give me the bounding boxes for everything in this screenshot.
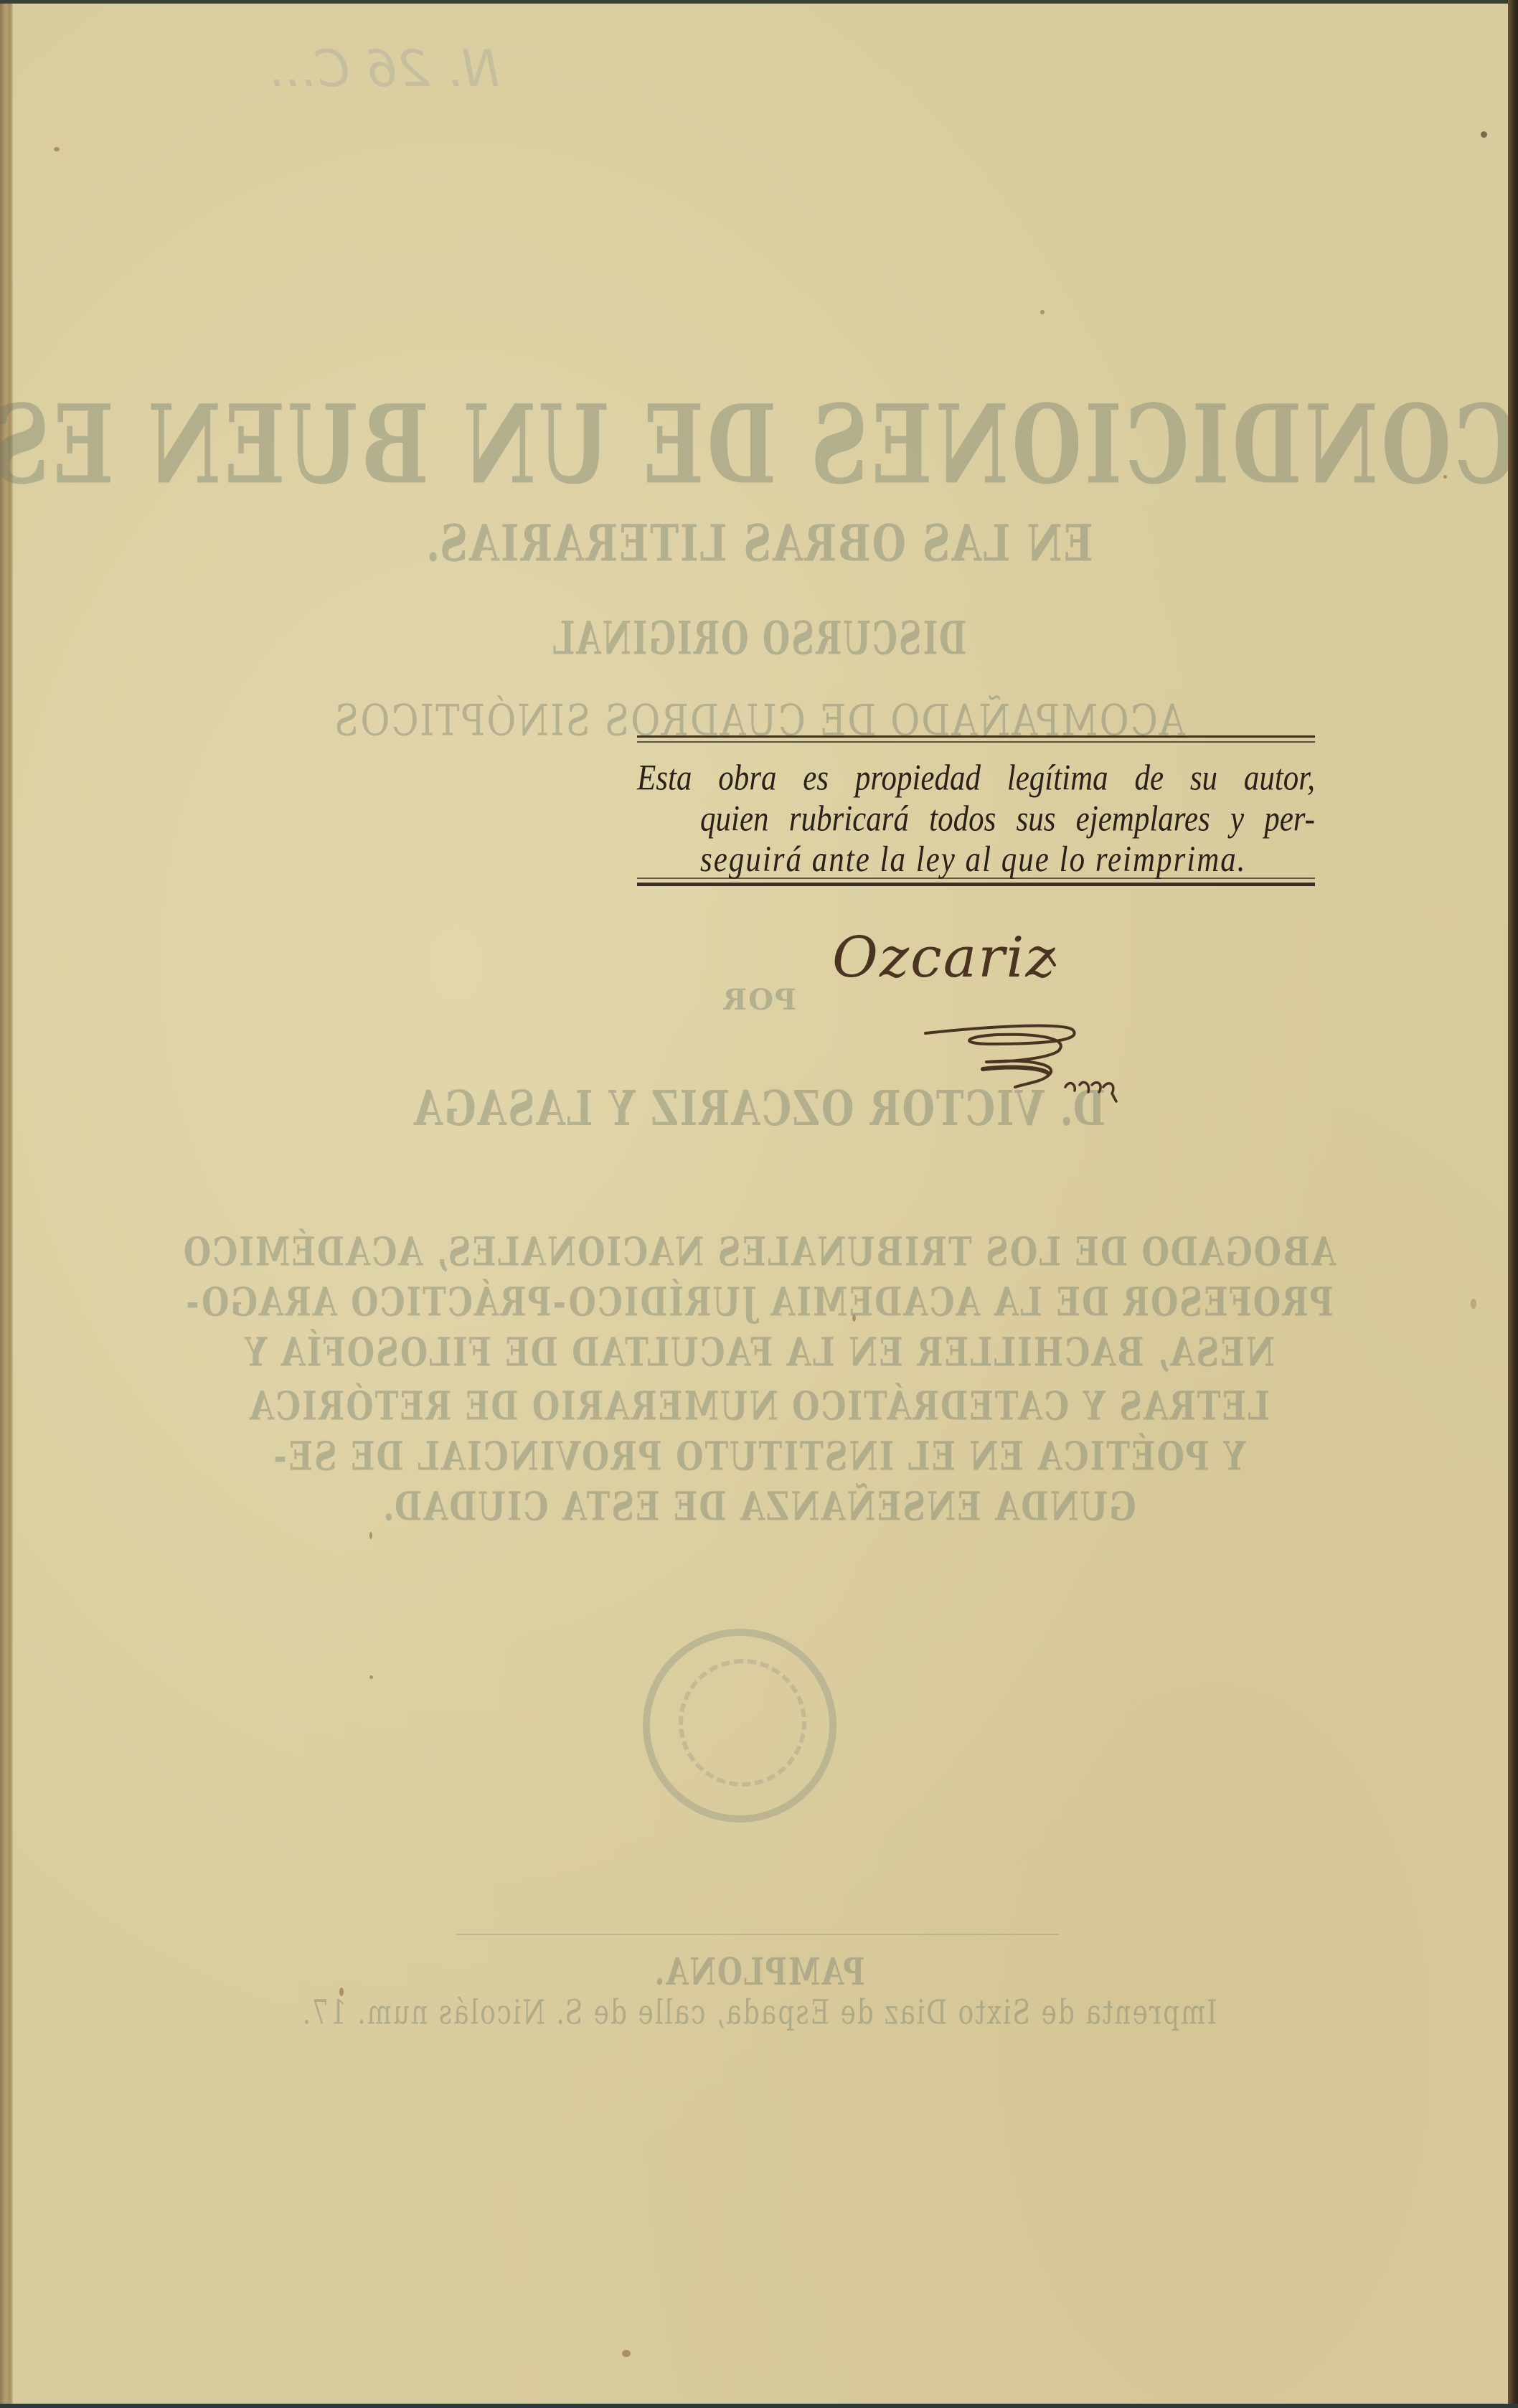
double-rule-bottom [637, 878, 1315, 889]
show-through-credential: GUNDA ENSEÑANZA DE ESTA CIUDAD. [0, 1485, 1518, 1530]
page-bottom-edge [0, 2404, 1518, 2408]
show-through-credential: Y POÉTICA EN EL INSTITUTO PROVINCIAL DE … [0, 1434, 1518, 1480]
show-through-title: CONDICIONES DE UN BUEN ESTILO [0, 382, 1518, 509]
show-through-credential: PROFESOR DE LA ACADEMIA JURÍDICO-PRÁCTIC… [0, 1280, 1518, 1326]
notice-line-2: quien rubricará todos sus ejemplares y p… [637, 799, 1315, 840]
show-through-author: D. VICTOR OZCARIZ Y LASAGA [0, 1081, 1518, 1137]
page-top-edge [0, 0, 1518, 4]
printer-ornament-icon [643, 1629, 836, 1823]
foxing-speck [1040, 310, 1045, 314]
show-through-imprint: Imprenta de Sixto Diaz de Espada, calle … [0, 1994, 1518, 2032]
show-through-rule [456, 1934, 1059, 1935]
show-through-city: PAMPLONA. [0, 1950, 1518, 1994]
foxing-speck [852, 1314, 856, 1322]
binding-edge [0, 0, 13, 2408]
pencil-shelfmark: N. 26 C... [267, 39, 499, 98]
foxing-speck [1471, 1299, 1476, 1309]
double-rule-top [637, 735, 1315, 746]
copyright-notice: Esta obra es propiedad legítima de su au… [637, 735, 1315, 889]
show-through-credential: ABOGADO DE LOS TRIBUNALES NACIONALES, AC… [0, 1230, 1518, 1276]
show-through-text: N. 26 C... CONDICIONES DE UN BUEN ESTILO… [0, 0, 1518, 2408]
show-through-credential: NESA, BACHILLER EN LA FACULTAD DE FILOSO… [0, 1330, 1518, 1376]
foxing-speck [339, 1988, 344, 1996]
notice-line-1: Esta obra es propiedad legítima de su au… [637, 758, 1315, 799]
foxing-speck [369, 1675, 373, 1679]
foxing-speck [622, 2350, 631, 2357]
foxing-speck [369, 1532, 372, 1539]
page-right-edge [1508, 0, 1518, 2408]
show-through-credential: LETRAS Y CATEDRÁTICO NUMERARIO DE RETÓRI… [0, 1384, 1518, 1430]
foxing-speck [54, 147, 60, 151]
show-through-por: POR [0, 983, 1518, 1017]
book-page: N. 26 C... CONDICIONES DE UN BUEN ESTILO… [0, 0, 1518, 2408]
foxing-speck [1443, 475, 1447, 479]
show-through-discurso: DISCURSO ORIGINAL [0, 613, 1518, 666]
signature-flourish-icon [832, 926, 1234, 1112]
show-through-subtitle: EN LAS OBRAS LITERARIAS. [0, 513, 1518, 573]
notice-text: Esta obra es propiedad legítima de su au… [637, 758, 1315, 880]
foxing-speck [1481, 131, 1487, 138]
author-signature: Ozcariz [832, 926, 1234, 1112]
notice-line-3: seguirá ante la ley al que lo reimprima. [637, 839, 1315, 880]
